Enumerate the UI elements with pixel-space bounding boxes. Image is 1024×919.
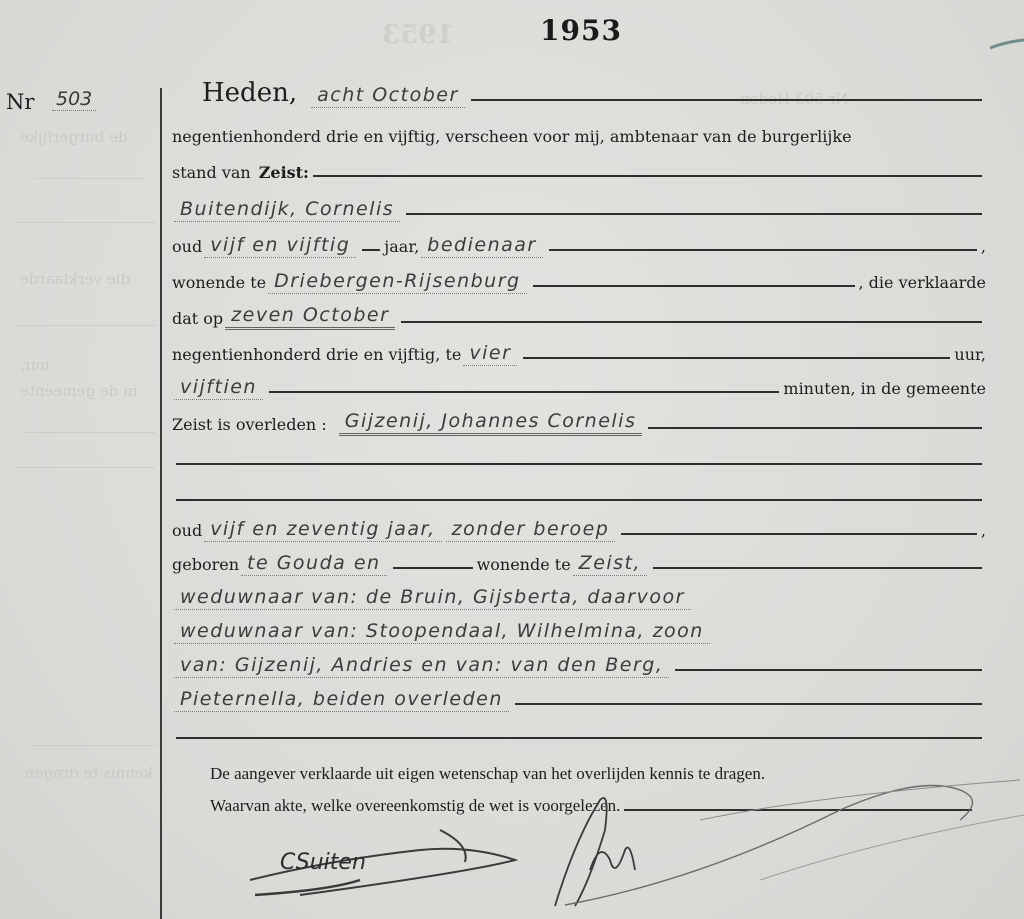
handwritten-birthplace: te Gouda en (241, 552, 387, 576)
handwritten-declarant-occupation: bedienaar (421, 234, 542, 258)
fill-rule (621, 533, 977, 535)
form-line-stand: stand van Zeist: (172, 158, 986, 184)
closing-line-1: De aangever verklaarde uit eigen wetensc… (210, 764, 765, 786)
bleed-through-text: in de gemeente (20, 382, 138, 400)
form-line-birthplace: geboren te Gouda en wonende te Zeist, (172, 550, 986, 576)
handwritten-parents: van: Gijzenij, Andries en van: van den B… (174, 654, 669, 678)
handwritten-declarant-age: vijf en vijftig (204, 234, 356, 258)
fill-rule (269, 391, 779, 393)
printed-geboren: geboren (172, 555, 239, 576)
printed-heden: Heden, (202, 80, 297, 108)
form-line-remarks: van: Gijzenij, Andries en van: van den B… (172, 652, 986, 678)
closing-line-2: Waarvan akte, welke overeenkomstig de we… (210, 796, 620, 818)
fill-rule (533, 285, 855, 287)
fill-rule (176, 499, 982, 501)
form-line-deceased-name: Zeist is overleden : Gijzenij, Johannes … (172, 410, 986, 436)
printed-wonende-te: wonende te (172, 273, 266, 294)
printed-uur: uur, (954, 345, 986, 366)
document-year: 1953 (540, 14, 622, 47)
handwritten-deceased-age: vijf en zeventig jaar, (204, 518, 441, 542)
printed-oud: oud (172, 237, 202, 258)
handwritten-deceased-residence: Zeist, (573, 552, 647, 576)
form-line-declarant-name: Buitendijk, Cornelis (172, 196, 986, 222)
printed-comma: , (981, 237, 986, 258)
form-line-deceased-age: oud vijf en zeventig jaar, zonder beroep… (172, 516, 986, 542)
declarant-signature: CSuiten (280, 850, 366, 875)
form-line-blank (172, 482, 986, 508)
handwritten-spouse-1: weduwnaar van: de Bruin, Gijsberta, daar… (174, 586, 691, 610)
handwritten-death-date: zeven October (225, 304, 395, 330)
form-line-blank (172, 446, 986, 472)
bleed-through-rule (30, 745, 155, 746)
fill-rule (406, 213, 982, 215)
bleed-through-rule (15, 325, 155, 326)
fill-rule (176, 463, 982, 465)
bleed-through-text: die verklaarde (20, 270, 130, 288)
fill-rule (176, 737, 982, 739)
fill-rule (523, 357, 950, 359)
fill-rule (648, 427, 982, 429)
register-number: 503 (52, 88, 96, 111)
handwritten-deceased-occupation: zonder beroep (446, 518, 616, 542)
form-line-declarant-age: oud vijf en vijftig jaar, bedienaar , (172, 232, 986, 258)
printed-jaar: jaar, (384, 237, 419, 258)
bleed-through-text: de burgerlijke (20, 128, 128, 146)
fill-rule (515, 703, 982, 705)
fill-rule (362, 249, 380, 251)
form-line-remarks: Pieternella, beiden overleden (172, 686, 986, 712)
printed-preamble: negentienhonderd drie en vijftig, versch… (172, 127, 852, 148)
bleed-through-year: 1953 (382, 20, 454, 50)
margin-rule (160, 88, 162, 919)
bleed-through-rule (25, 432, 155, 433)
bleed-through-rule (15, 467, 155, 468)
printed-is-overleden: Zeist is overleden : (172, 415, 327, 436)
printed-comma: , (981, 521, 986, 542)
closing-statement: De aangever verklaarde uit eigen wetensc… (210, 760, 986, 786)
form-line-remarks: weduwnaar van: Stoopendaal, Wilhelmina, … (172, 618, 986, 644)
fill-rule (393, 567, 473, 569)
fill-rule (401, 321, 982, 323)
form-line-death-hour: negentienhonderd drie en vijftig, te vie… (172, 340, 986, 366)
closing-statement: Waarvan akte, welke overeenkomstig de we… (210, 792, 976, 818)
printed-year-phrase: negentienhonderd drie en vijftig, te (172, 345, 461, 366)
form-line-blank (172, 720, 986, 746)
form-line-remarks: weduwnaar van: de Bruin, Gijsberta, daar… (172, 584, 986, 610)
document-page: 1953 de burgerlijke die verklaarde uur, … (0, 0, 1024, 919)
bleed-through-rule (35, 178, 145, 179)
printed-minuten: minuten, in de gemeente (783, 379, 986, 400)
handwritten-deceased-name: Gijzenij, Johannes Cornelis (339, 410, 643, 436)
handwritten-parents-cont: Pieternella, beiden overleden (174, 688, 509, 712)
printed-municipality: Zeist: (259, 163, 309, 184)
fill-rule (549, 249, 977, 251)
handwritten-declarant-residence: Driebergen-Rijsenburg (268, 270, 526, 294)
handwritten-spouse-2: weduwnaar van: Stoopendaal, Wilhelmina, … (174, 620, 710, 644)
handwritten-death-minutes: vijftien (174, 376, 263, 400)
handwritten-declarant-name: Buitendijk, Cornelis (174, 198, 400, 222)
printed-wonende-te: wonende te (477, 555, 571, 576)
bleed-through-text: uur, (20, 356, 50, 374)
form-line-death-date: dat op zeven October (172, 304, 986, 330)
register-number-label: Nr (6, 90, 34, 114)
bleed-through-rule (15, 222, 155, 223)
printed-oud: oud (172, 521, 202, 542)
printed-die-verklaarde: , die verklaarde (859, 273, 987, 294)
fill-rule (675, 669, 982, 671)
printed-stand-van: stand van (172, 163, 251, 184)
handwritten-death-hour: vier (463, 342, 517, 366)
fill-rule (313, 175, 982, 177)
form-line-death-minutes: vijftien minuten, in de gemeente (172, 374, 986, 400)
fill-rule (471, 99, 982, 101)
handwritten-date: acht October (311, 84, 465, 108)
form-line-preamble: negentienhonderd drie en vijftig, versch… (172, 122, 986, 148)
fill-rule (653, 567, 982, 569)
form-line-date: Heden, acht October (172, 82, 986, 108)
fill-rule (624, 809, 972, 811)
bleed-through-text: kennis te dragen. (20, 764, 153, 782)
form-line-declarant-residence: wonende te Driebergen-Rijsenburg , die v… (172, 268, 986, 294)
printed-dat-op: dat op (172, 309, 223, 330)
